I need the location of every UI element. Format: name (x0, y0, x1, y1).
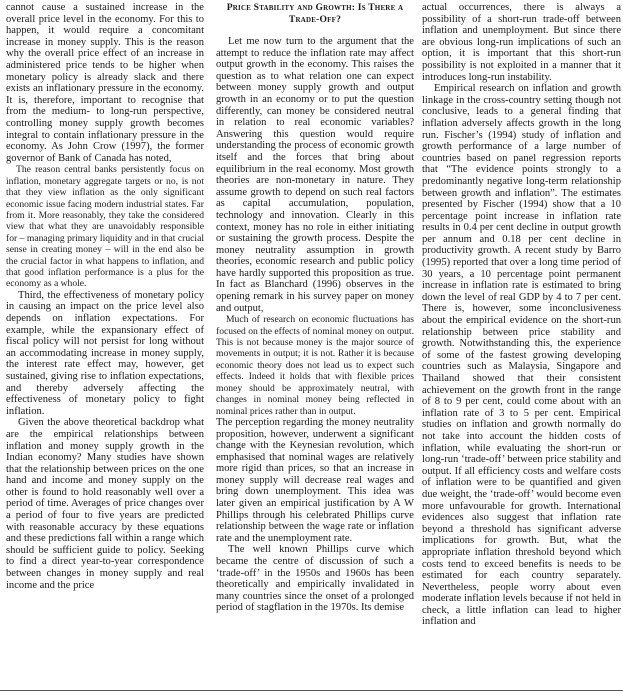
paragraph: The well known Phillips curve which beca… (216, 544, 414, 614)
middle-column: Price Stability and Growth: Is There a T… (216, 2, 414, 614)
paragraph: Third, the effectiveness of monetary pol… (6, 290, 204, 418)
page-bottom-margin (0, 691, 623, 700)
block-quote-crow: The reason central banks persistently fo… (6, 164, 204, 289)
right-column: actual occurrences, there is always a po… (422, 2, 621, 628)
document-page: cannot cause a sustained increase in the… (0, 0, 623, 691)
paragraph: The perception regarding the money neutr… (216, 417, 414, 545)
paragraph: Empirical research on inflation and grow… (422, 83, 621, 628)
section-heading: Price Stability and Growth: Is There a T… (216, 2, 414, 26)
quote-paragraph: Much of research on economic fluctuation… (216, 314, 414, 417)
paragraph: actual occurrences, there is always a po… (422, 2, 621, 83)
quote-paragraph: The reason central banks persistently fo… (6, 164, 204, 289)
paragraph: Given the above theoretical backdrop wha… (6, 417, 204, 591)
left-column: cannot cause a sustained increase in the… (6, 2, 204, 591)
paragraph: cannot cause a sustained increase in the… (6, 2, 204, 164)
block-quote-blanchard: Much of research on economic fluctuation… (216, 314, 414, 417)
paragraph: Let me now turn to the argument that the… (216, 36, 414, 314)
